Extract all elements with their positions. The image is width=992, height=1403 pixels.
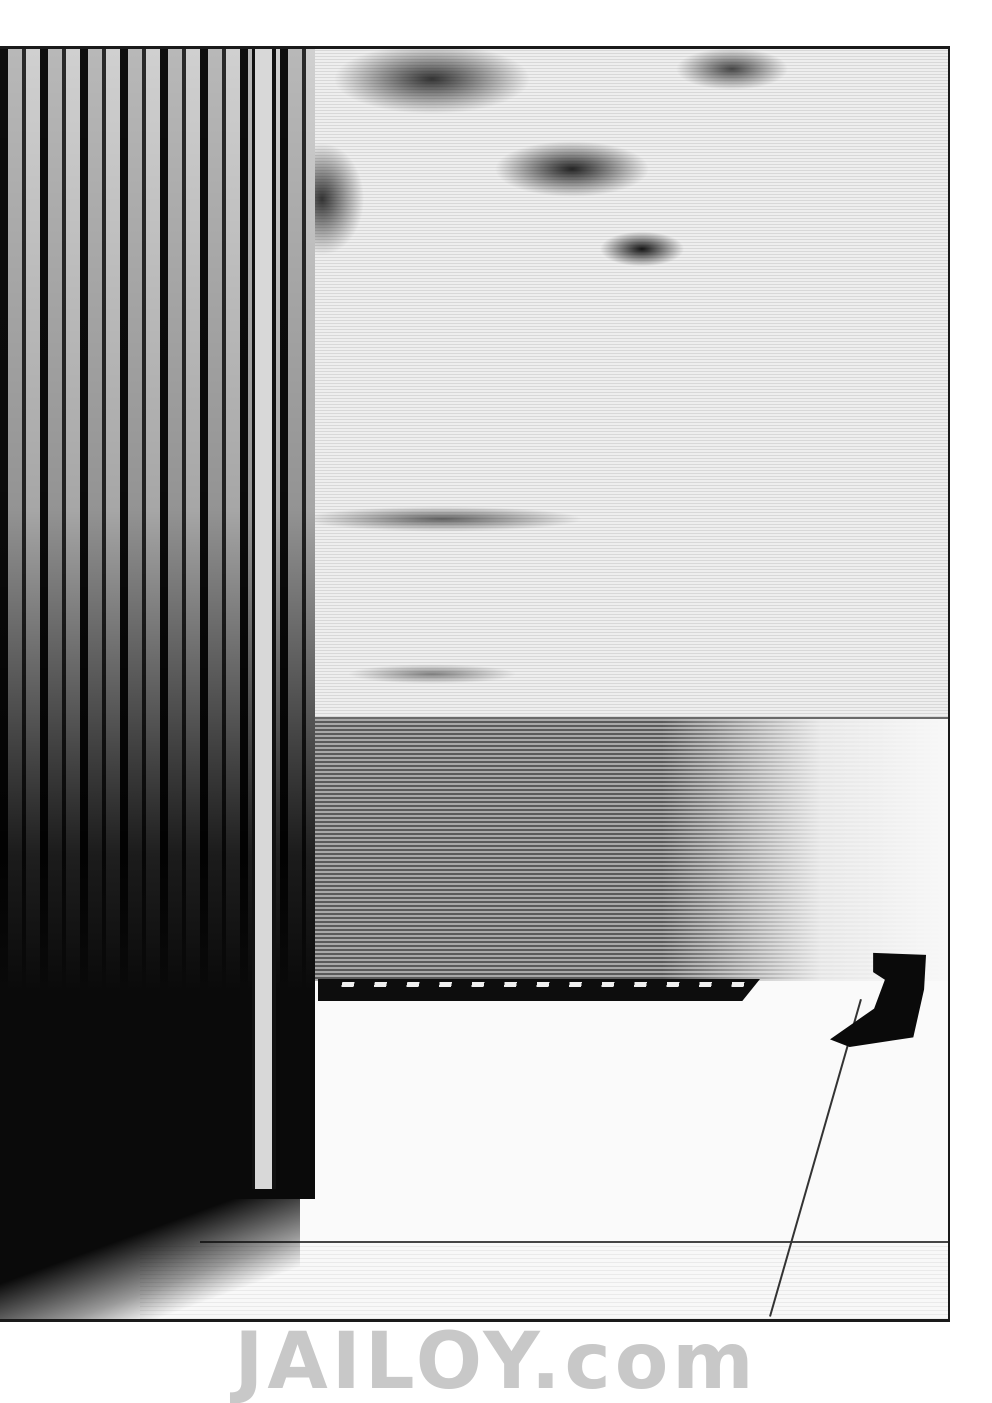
- pier-stripes: [322, 982, 752, 987]
- watermark-text: JAILOY.com: [0, 1322, 992, 1403]
- drainpipe: [252, 49, 276, 1189]
- sea: [312, 717, 948, 983]
- ground-edge-line: [200, 1241, 948, 1243]
- manga-panel: [0, 46, 950, 1322]
- cloudy-sky: [312, 49, 948, 717]
